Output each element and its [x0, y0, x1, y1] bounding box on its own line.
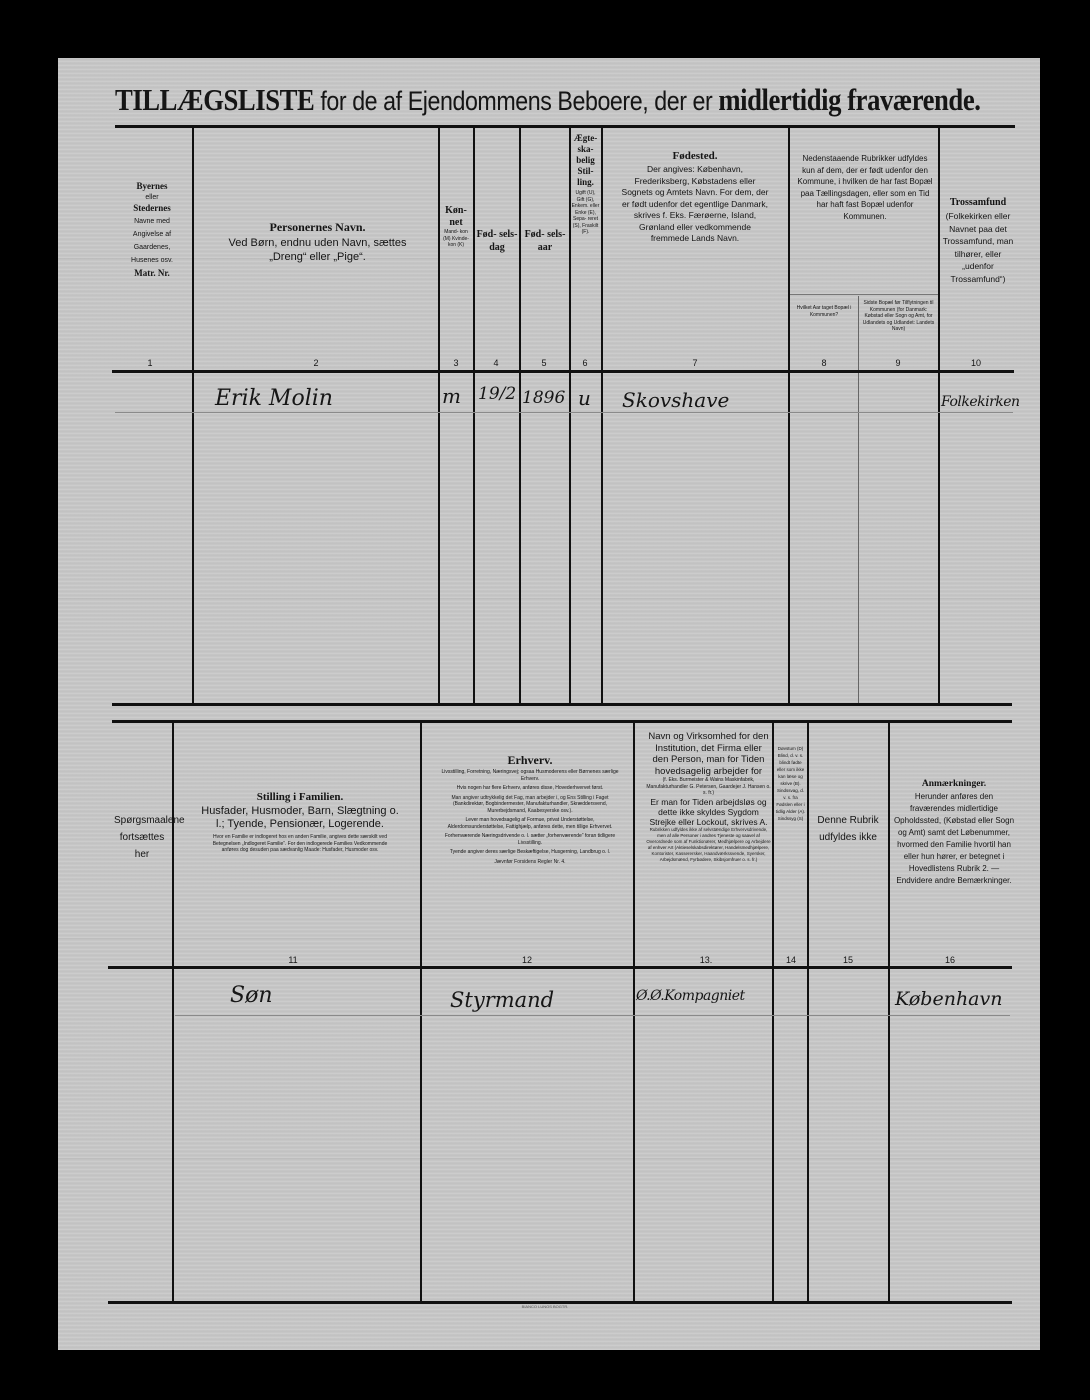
col-divider	[772, 723, 774, 1301]
header-text: Sidste Bopæl før Tilflytningen til Kommu…	[860, 300, 937, 333]
col-divider	[888, 723, 890, 1301]
header-col-14: Døvstum (D) Blind, d. v. s. blindt fødte…	[775, 745, 806, 822]
header-para: Tyende angiver deres særlige Beskæftigel…	[440, 849, 620, 856]
title-prefix: TILLÆGSLISTE	[115, 82, 314, 117]
side-note-text: Spørgsmaalene fortsættes her	[114, 812, 170, 863]
upper-table-bottom-rule	[112, 703, 1012, 706]
column-number: 7	[685, 358, 705, 368]
header-title: Erhverv.	[440, 752, 620, 769]
col-divider	[192, 128, 194, 703]
header-title: Navn og Virksomhed for den Institution, …	[646, 731, 771, 777]
header-col-6: Ægte- ska- belig Stil- ling. Ugift (U), …	[571, 133, 600, 236]
header-para: Man angiver udtrykkelig det Fag, man arb…	[440, 795, 620, 815]
occupation[interactable]: Styrmand	[450, 988, 554, 1012]
header-text: Mand- kon (M) Kvinde- kon (K)	[440, 229, 472, 249]
col-divider	[172, 723, 174, 1301]
header-text: Døvstum (D) Blind, d. v. s. blindt fødte…	[775, 745, 806, 822]
header-text: Denne Rubrik udfyldes ikke	[812, 812, 884, 846]
header-text: Husfader, Husmoder, Barn, Slægtning o. l…	[200, 805, 400, 831]
lower-header-bottom-rule	[108, 966, 1012, 969]
header-para: Livsstilling, Forretning, Næringsvej; og…	[440, 769, 620, 782]
column-number: 13.	[694, 955, 718, 965]
column-number: 8	[814, 358, 834, 368]
header-col-1: Byernes eller Stedernes Navne med Angive…	[114, 180, 190, 281]
header-note: Hvor en Familie er indlogeret hos en and…	[200, 834, 400, 854]
column-number: 14	[781, 955, 801, 965]
col-divider	[807, 723, 809, 1301]
header-para: Lever man hovedsagelig af Formue, privat…	[440, 817, 620, 830]
header-col-7: Fødested. Der angives: København, Freder…	[620, 148, 770, 245]
header-col-5: Fød- sels- aar	[522, 228, 568, 254]
column-number: 3	[446, 358, 466, 368]
title-suffix: midlertidig fraværende.	[718, 82, 980, 117]
header-title: Stilling i Familien.	[200, 790, 400, 805]
birthplace[interactable]: Skovshave	[622, 388, 729, 412]
column-number: 10	[966, 358, 986, 368]
birth-year[interactable]: 1896	[522, 388, 565, 408]
birth-day[interactable]: 19/2	[478, 384, 516, 404]
header-col-2: Personernes Navn. Ved Børn, endnu uden N…	[215, 218, 420, 264]
header-bottom-rule	[112, 370, 1014, 373]
header-title: Ægte- ska- belig Stil- ling.	[571, 133, 600, 188]
header-col-12: Erhverv. Livsstilling, Forretning, Nærin…	[440, 752, 620, 865]
column-number: 16	[940, 955, 960, 965]
col-divider	[601, 128, 603, 703]
col-divider	[473, 128, 475, 703]
lower-table-top-rule	[112, 720, 1012, 723]
header-col-15: Denne Rubrik udfyldes ikke	[812, 812, 884, 846]
header-text: Er man for Tiden arbejdsløs og dette ikk…	[646, 797, 771, 827]
header-para: Forhenværende Næringsdrivende o. l. sætt…	[440, 833, 620, 846]
header-text: Ugift (U), Gift (G), Enkem. eller Enke (…	[571, 190, 600, 236]
column-number: 11	[283, 955, 303, 965]
header-col-13: Navn og Virksomhed for den Institution, …	[646, 731, 771, 863]
header-col-3: Køn- net Mand- kon (M) Kvinde- kon (K)	[440, 205, 472, 249]
header-col-4: Fød- sels- dag	[476, 228, 518, 254]
header-text: Matr. Nr.	[114, 267, 190, 281]
header-text: Stedernes	[114, 202, 190, 216]
header-text: Nedenstaaende Rubrikker udfyldes kun af …	[795, 153, 935, 222]
header-title: Fød- sels- aar	[522, 228, 568, 254]
employer[interactable]: Ø.Ø.Kompagniet	[636, 988, 745, 1004]
header-text: Angivelse af	[114, 228, 190, 241]
column-number: 5	[534, 358, 554, 368]
column-number: 9	[888, 358, 908, 368]
header-text: Ved Børn, endnu uden Navn, sættes „Dreng…	[215, 236, 420, 264]
printer-mark: BIANCO LUNOS BOGTR.	[490, 1304, 600, 1310]
religion[interactable]: Folkekirken	[941, 394, 1020, 410]
header-text: Gaardenes,	[114, 241, 190, 254]
header-title: Køn- net	[440, 205, 472, 229]
title-middle: for de af Ejendommens Beboere, der er	[314, 86, 718, 116]
col-divider	[938, 128, 940, 703]
col-divider	[788, 128, 790, 703]
header-text: Der angives: København, Frederiksberg, K…	[620, 164, 770, 245]
column-number: 4	[486, 358, 506, 368]
header-text: Byernes	[114, 180, 190, 194]
form-title: TILLÆGSLISTE for de af Ejendommens Beboe…	[115, 82, 898, 118]
header-col-11: Stilling i Familien. Husfader, Husmoder,…	[200, 790, 400, 854]
header-para: Jævnfør Forsidens Regler Nr. 4.	[440, 859, 620, 866]
column-number: 12	[517, 955, 537, 965]
header-text: Herunder anføres den fraværendes midlert…	[892, 791, 1016, 887]
header-title: Trossamfund	[942, 196, 1014, 210]
header-text: (Folkekirken eller Navnet paa det Trossa…	[942, 210, 1014, 285]
header-example: (f. Eks. Burmeister & Wains Maskinfabrik…	[646, 777, 771, 797]
header-title: Fød- sels- dag	[476, 228, 518, 254]
family-position[interactable]: Søn	[230, 983, 273, 1008]
header-col-9: Sidste Bopæl før Tilflytningen til Kommu…	[860, 300, 937, 333]
sex[interactable]: m	[442, 384, 461, 408]
lower-row-underline	[175, 1015, 1010, 1016]
header-para: Hvis nogen har flere Erhverv, anføres di…	[440, 785, 620, 792]
remarks[interactable]: København	[895, 988, 1002, 1010]
marital-status[interactable]: u	[578, 386, 591, 410]
col-divider	[420, 723, 422, 1301]
header-title: Fødested.	[620, 148, 770, 164]
column-number: 15	[838, 955, 858, 965]
header-note: Rubrikken udfyldes ikke af selvstændige …	[646, 827, 771, 863]
col-divider	[519, 128, 521, 703]
row-underline	[115, 412, 1013, 413]
header-col-8-9: Nedenstaaende Rubrikker udfyldes kun af …	[795, 153, 935, 222]
header-text: eller	[114, 194, 190, 202]
header-text: Hvilket Aar taget Bopæl i Kommunen?	[792, 305, 856, 318]
header-col-16: Anmærkninger. Herunder anføres den fravæ…	[892, 777, 1016, 887]
column-number: 2	[306, 358, 326, 368]
header-title: Anmærkninger.	[892, 777, 1016, 791]
col-divider	[633, 723, 635, 1301]
header-title: Personernes Navn.	[215, 218, 420, 236]
header-col-8: Hvilket Aar taget Bopæl i Kommunen?	[792, 305, 856, 318]
side-note: Spørgsmaalene fortsættes her	[114, 812, 170, 863]
subheader-rule	[790, 294, 938, 295]
title-rule	[115, 125, 1015, 128]
col-divider	[858, 296, 859, 703]
header-text: Navne med	[114, 215, 190, 228]
person-name[interactable]: Erik Molin	[215, 386, 333, 411]
column-number: 1	[140, 358, 160, 368]
header-text: Husenes osv.	[114, 254, 190, 267]
header-col-10: Trossamfund (Folkekirken eller Navnet pa…	[942, 196, 1014, 285]
column-number: 6	[575, 358, 595, 368]
